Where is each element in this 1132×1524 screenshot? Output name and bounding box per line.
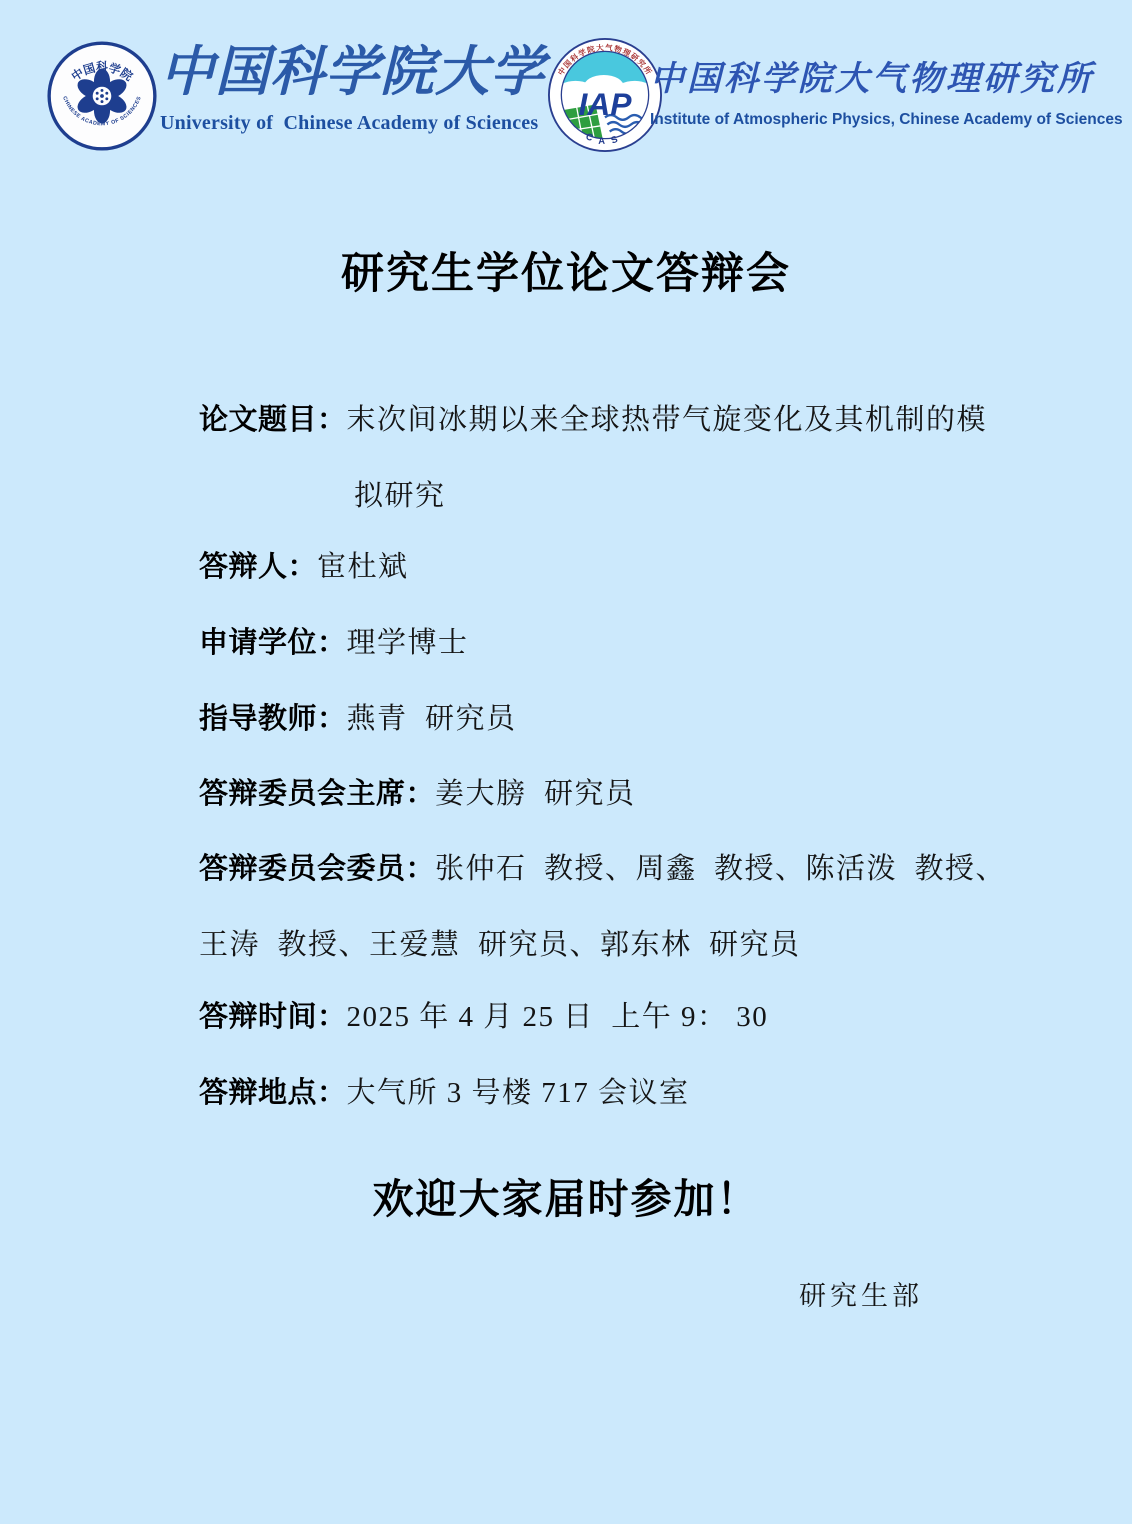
field-label: 论文题目： <box>199 404 347 436</box>
ucas-name-en: University of Chinese Academy of Science… <box>160 110 560 136</box>
field-defense-location: 答辩地点：大气所 3 号楼 717 会议室 <box>170 1033 690 1153</box>
field-value: 燕青 研究员 <box>347 703 517 735</box>
field-label: 答辩委员会主席： <box>199 778 435 810</box>
field-label: 答辩人： <box>199 551 317 583</box>
field-thesis-title: 论文题目：末次间冰期以来全球热带气旋变化及其机制的模 <box>170 360 987 480</box>
ucas-wordmark: 中国科学院大学 University of Chinese Academy of… <box>160 34 560 136</box>
ucas-emblem-logo: 中国科学院 CHINESE ACADEMY OF SCIENCES <box>46 40 158 152</box>
field-label: 答辩地点： <box>199 1077 347 1109</box>
signature-department: 研究生部 <box>799 1274 923 1313</box>
ucas-name-cn: 中国科学院大学 <box>160 34 560 110</box>
field-label: 指导教师： <box>199 703 347 735</box>
welcome-message: 欢迎大家届时参加！ <box>0 1166 1132 1225</box>
field-label: 申请学位： <box>199 627 347 659</box>
iap-name-cn: 中国科学院大气物理研究所 <box>650 56 1120 104</box>
page-title: 研究生学位论文答辩会 <box>0 240 1132 301</box>
iap-letters: IAP <box>578 86 632 122</box>
field-value: 理学博士 <box>347 627 469 659</box>
field-value: 姜大膀 研究员 <box>435 778 636 810</box>
iap-name-en: Institute of Atmospheric Physics, Chines… <box>650 109 1120 131</box>
field-value: 张仲石 教授、周鑫 教授、陈活泼 教授、 <box>435 853 1006 885</box>
iap-emblem-logo: IAP 中国科学院大气物理研究所 CAS <box>546 36 664 154</box>
field-value: 末次间冰期以来全球热带气旋变化及其机制的模 <box>347 404 988 436</box>
field-value: 宦杜斌 <box>317 551 409 583</box>
header: 中国科学院 CHINESE ACADEMY OF SCIENCES <box>0 0 1132 180</box>
field-label: 答辩委员会委员： <box>199 853 435 885</box>
field-value: 大气所 3 号楼 717 会议室 <box>347 1077 690 1109</box>
field-label: 答辩时间： <box>199 1001 347 1033</box>
iap-wordmark: 中国科学院大气物理研究所 Institute of Atmospheric Ph… <box>650 56 1120 131</box>
defense-announcement-page: 中国科学院 CHINESE ACADEMY OF SCIENCES <box>0 0 1132 1524</box>
field-value: 2025 年 4 月 25 日 上午 9： 30 <box>347 1001 769 1033</box>
